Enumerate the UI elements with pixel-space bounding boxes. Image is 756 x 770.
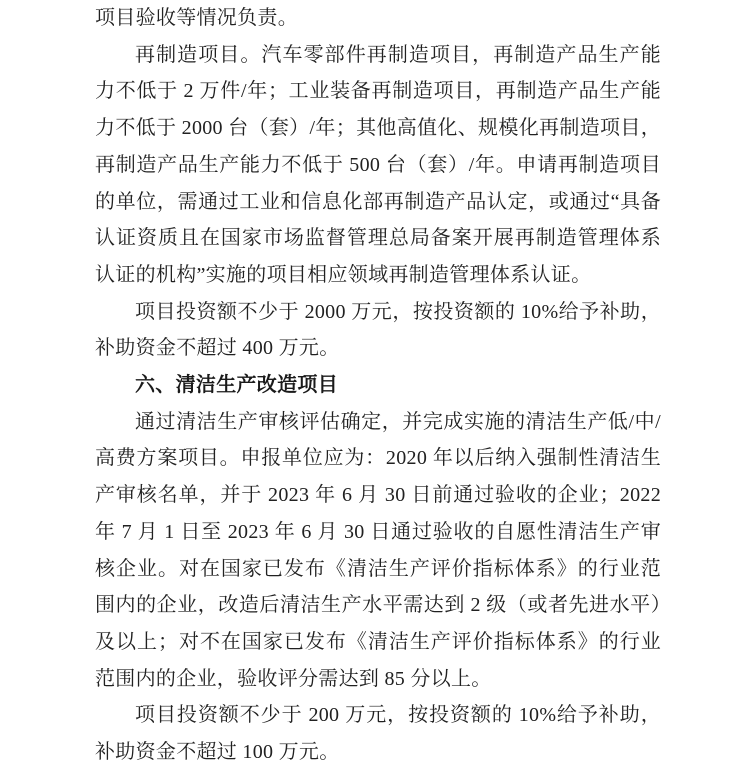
paragraph: 再制造项目。汽车零部件再制造项目，再制造产品生产能力不低于 2 万件/年；工业装… (95, 37, 661, 294)
paragraph: 项目投资额不少于 200 万元，按投资额的 10%给予补助，补助资金不超过 10… (95, 697, 661, 770)
paragraph: 项目验收等情况负责。 (95, 0, 661, 37)
document-body: 项目验收等情况负责。再制造项目。汽车零部件再制造项目，再制造产品生产能力不低于 … (95, 0, 661, 770)
document-page: 项目验收等情况负责。再制造项目。汽车零部件再制造项目，再制造产品生产能力不低于 … (0, 0, 756, 770)
section-heading: 六、清洁生产改造项目 (95, 367, 661, 404)
paragraph: 通过清洁生产审核评估确定，并完成实施的清洁生产低/中/高费方案项目。申报单位应为… (95, 404, 661, 698)
paragraph: 项目投资额不少于 2000 万元，按投资额的 10%给予补助，补助资金不超过 4… (95, 294, 661, 367)
